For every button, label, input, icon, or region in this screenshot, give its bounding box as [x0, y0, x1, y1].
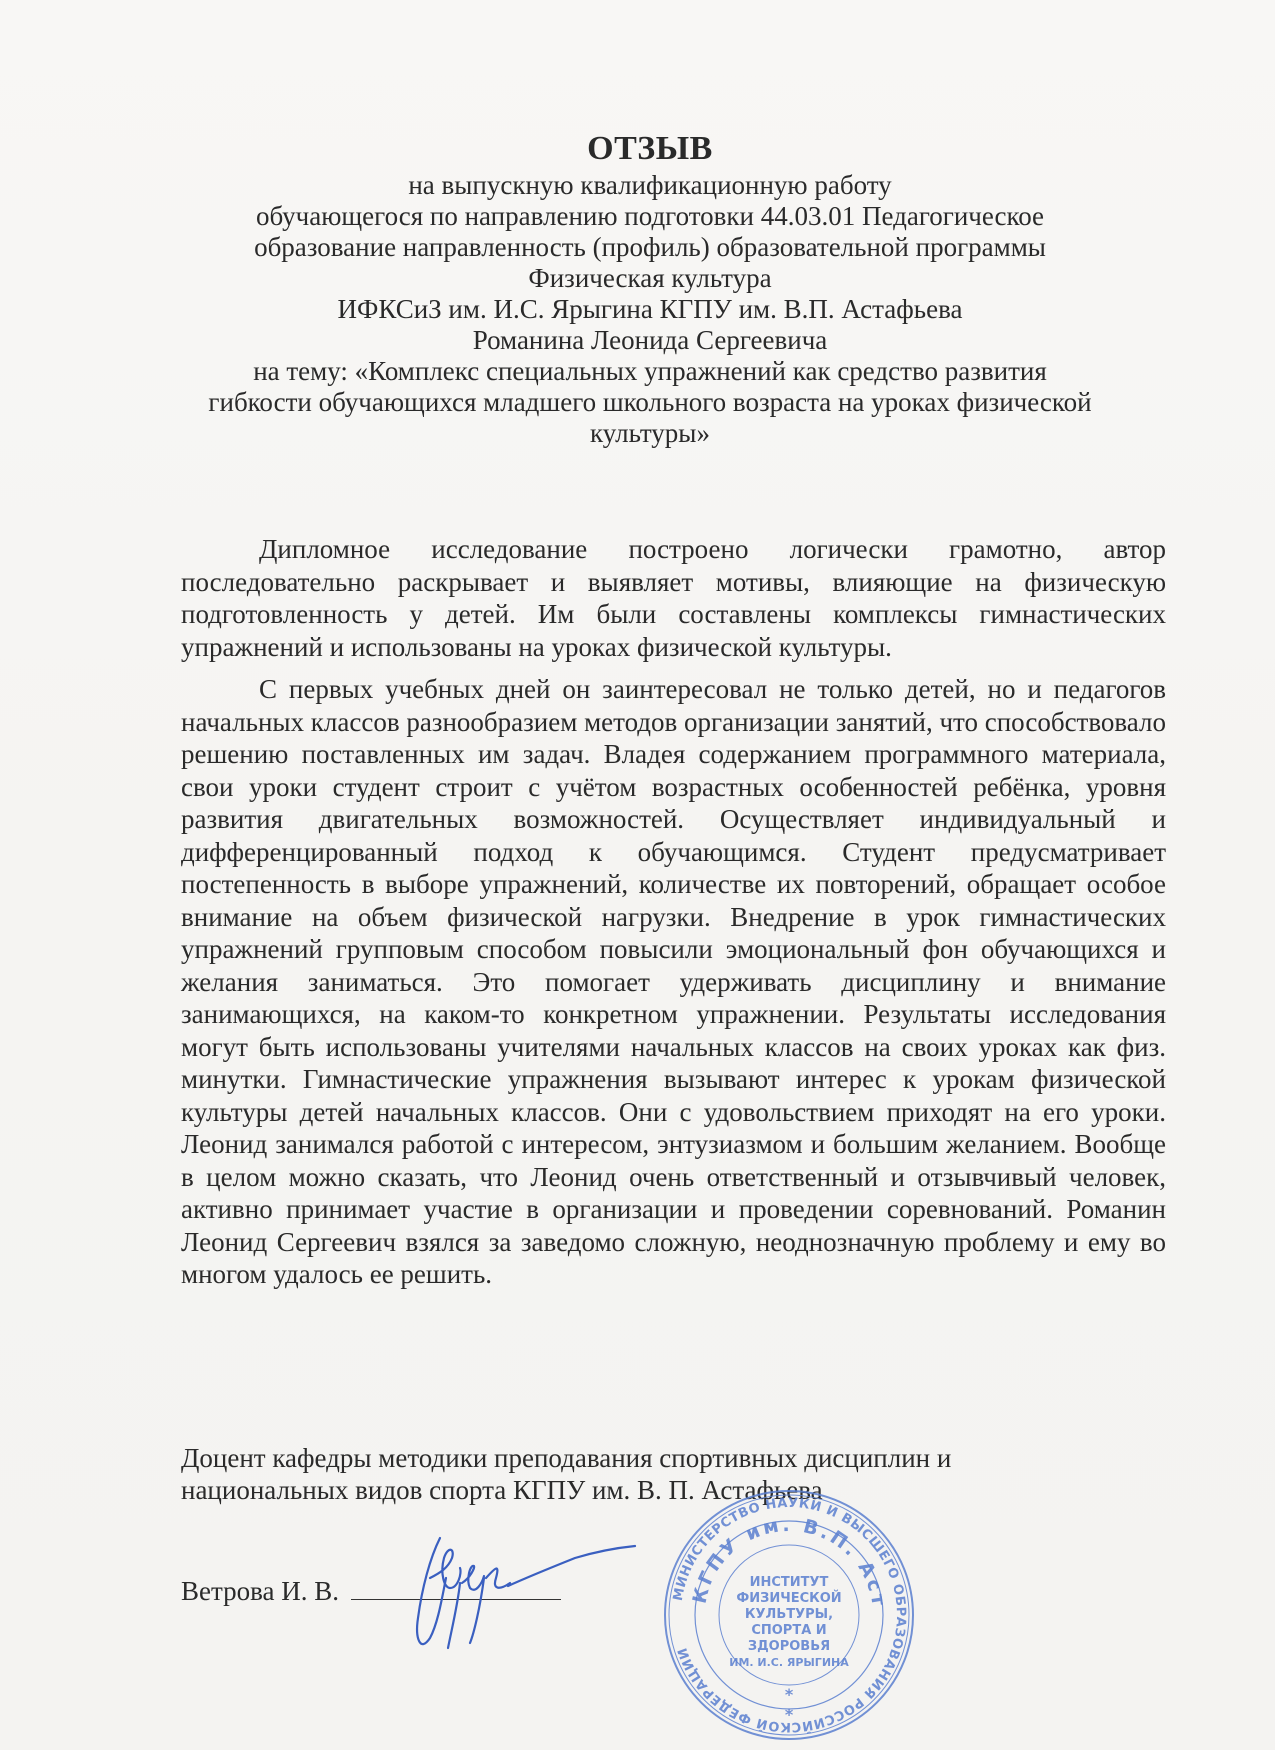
header-line: на тему: «Комплекс специальных упражнени…: [150, 356, 1150, 387]
svg-text:СПОРТА И: СПОРТА И: [751, 1623, 826, 1638]
header-line: Физическая культура: [150, 263, 1150, 294]
svg-text:КУЛЬТУРЫ,: КУЛЬТУРЫ,: [745, 1607, 833, 1622]
signatory-name: Ветрова И. В.: [181, 1576, 339, 1606]
header-line: обучающегося по направлению подготовки 4…: [150, 201, 1150, 232]
handwritten-signature-icon: [400, 1528, 640, 1658]
svg-text:ФИЗИЧЕСКОЙ: ФИЗИЧЕСКОЙ: [736, 1590, 841, 1606]
document-page: ОТЗЫВ на выпускную квалификационную рабо…: [0, 0, 1275, 1750]
header-line: ИФКСиЗ им. И.С. Ярыгина КГПУ им. В.П. Ас…: [150, 294, 1150, 325]
svg-text:*: *: [785, 1705, 794, 1724]
svg-text:ИМ. И.С. ЯРЫГИНА: ИМ. И.С. ЯРЫГИНА: [729, 1656, 849, 1669]
header-line: образование направленность (профиль) обр…: [150, 232, 1150, 263]
header-line: гибкости обучающихся младшего школьного …: [150, 387, 1150, 418]
document-title: ОТЗЫВ: [150, 128, 1150, 170]
header-line: Романина Леонида Сергеевича: [150, 325, 1150, 356]
header-line: на выпускную квалификационную работу: [150, 170, 1150, 201]
paragraph: С первых учебных дней он заинтересовал н…: [181, 673, 1166, 1291]
header-line: культуры»: [150, 418, 1150, 449]
position-line: Доцент кафедры методики преподавания спо…: [181, 1442, 951, 1474]
review-body: Дипломное исследование построено логичес…: [181, 533, 1166, 1301]
svg-text:ИНСТИТУТ: ИНСТИТУТ: [750, 1575, 829, 1590]
svg-text:*: *: [785, 1685, 794, 1704]
svg-text:ЗДОРОВЬЯ: ЗДОРОВЬЯ: [748, 1639, 830, 1654]
official-stamp-icon: МИНИСТЕРСТВО НАУКИ И ВЫСШЕГО ОБРАЗОВАНИЯ…: [662, 1488, 916, 1742]
paragraph: Дипломное исследование построено логичес…: [181, 533, 1166, 663]
document-header: ОТЗЫВ на выпускную квалификационную рабо…: [150, 128, 1150, 449]
